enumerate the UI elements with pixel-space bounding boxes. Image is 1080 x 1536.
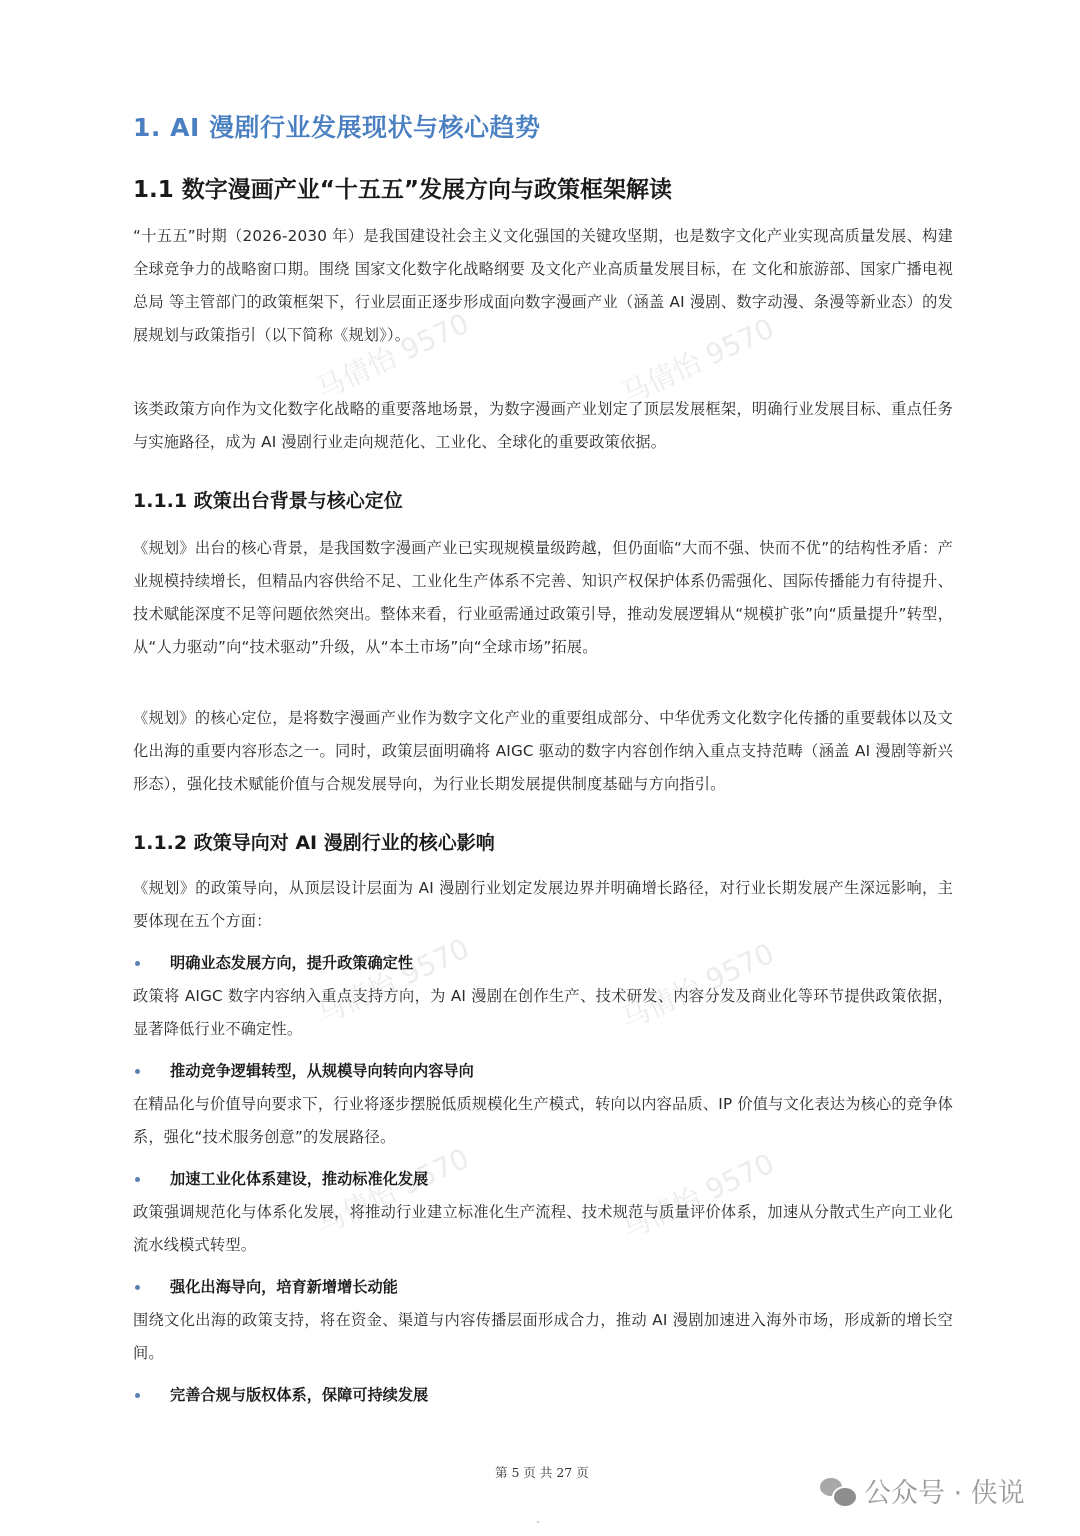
paragraph: 该类政策方向作为文化数字化战略的重要落地场景，为数字漫画产业划定了顶层发展框架，… — [133, 393, 953, 459]
wechat-icon — [820, 1476, 856, 1506]
bullet-title: 加速工业化体系建设，推动标准化发展 — [170, 1166, 428, 1192]
paragraph: 《规划》的政策导向，从顶层设计层面为 AI 漫剧行业划定发展边界并明确增长路径，… — [133, 872, 953, 938]
bullet-item: 完善合规与版权体系，保障可持续发展 — [133, 1382, 953, 1408]
paragraph: 《规划》出台的核心背景，是我国数字漫画产业已实现规模量级跨越，但仍面临“大而不强… — [133, 532, 953, 664]
bullet-icon — [135, 1393, 140, 1398]
bullet-icon — [135, 1177, 140, 1182]
bullet-body: 政策强调规范化与体系化发展，将推动行业建立标准化生产流程、技术规范与质量评价体系… — [133, 1196, 953, 1262]
paragraph: “十五五”时期（2026-2030 年）是我国建设社会主义文化强国的关键攻坚期，… — [133, 220, 953, 352]
bullet-item: 强化出海导向，培育新增增长动能 — [133, 1274, 953, 1300]
bullet-icon — [135, 1285, 140, 1290]
bullet-title: 推动竞争逻辑转型，从规模导向转向内容导向 — [170, 1058, 474, 1084]
chapter-heading: 1. AI 漫剧行业发展现状与核心趋势 — [133, 108, 540, 144]
bullet-title: 明确业态发展方向，提升政策确定性 — [170, 950, 413, 976]
bullet-body: 围绕文化出海的政策支持，将在资金、渠道与内容传播层面形成合力，推动 AI 漫剧加… — [133, 1304, 953, 1370]
bullet-item: 推动竞争逻辑转型，从规模导向转向内容导向 — [133, 1058, 953, 1084]
section-heading: 1.1 数字漫画产业“十五五”发展方向与政策框架解读 — [133, 171, 672, 204]
document-page: 马倩怡 9570 马倩怡 9570 马倩怡 9570 马倩怡 9570 马倩怡 … — [0, 0, 1080, 1536]
subsection-heading: 1.1.1 政策出台背景与核心定位 — [133, 486, 403, 513]
wechat-account-text: 公众号 · 侠说 — [864, 1471, 1025, 1510]
paragraph: 《规划》的核心定位，是将数字漫画产业作为数字文化产业的重要组成部分、中华优秀文化… — [133, 702, 953, 801]
bullet-item: 加速工业化体系建设，推动标准化发展 — [133, 1166, 953, 1192]
bullet-icon — [135, 1069, 140, 1074]
subsection-heading: 1.1.2 政策导向对 AI 漫剧行业的核心影响 — [133, 828, 495, 855]
bullet-icon — [135, 961, 140, 966]
bullet-title: 完善合规与版权体系，保障可持续发展 — [170, 1382, 428, 1408]
decorative-dot — [537, 1521, 539, 1523]
page-indicator: 第 5 页 共 27 页 — [495, 1463, 589, 1481]
bullet-title: 强化出海导向，培育新增增长动能 — [170, 1274, 398, 1300]
bullet-body: 政策将 AIGC 数字内容纳入重点支持方向，为 AI 漫剧在创作生产、技术研发、… — [133, 980, 953, 1046]
bullet-body: 在精品化与价值导向要求下，行业将逐步摆脱低质规模化生产模式，转向以内容品质、IP… — [133, 1088, 953, 1154]
wechat-account-label: 公众号 · 侠说 — [820, 1471, 1025, 1510]
bullet-item: 明确业态发展方向，提升政策确定性 — [133, 950, 953, 976]
